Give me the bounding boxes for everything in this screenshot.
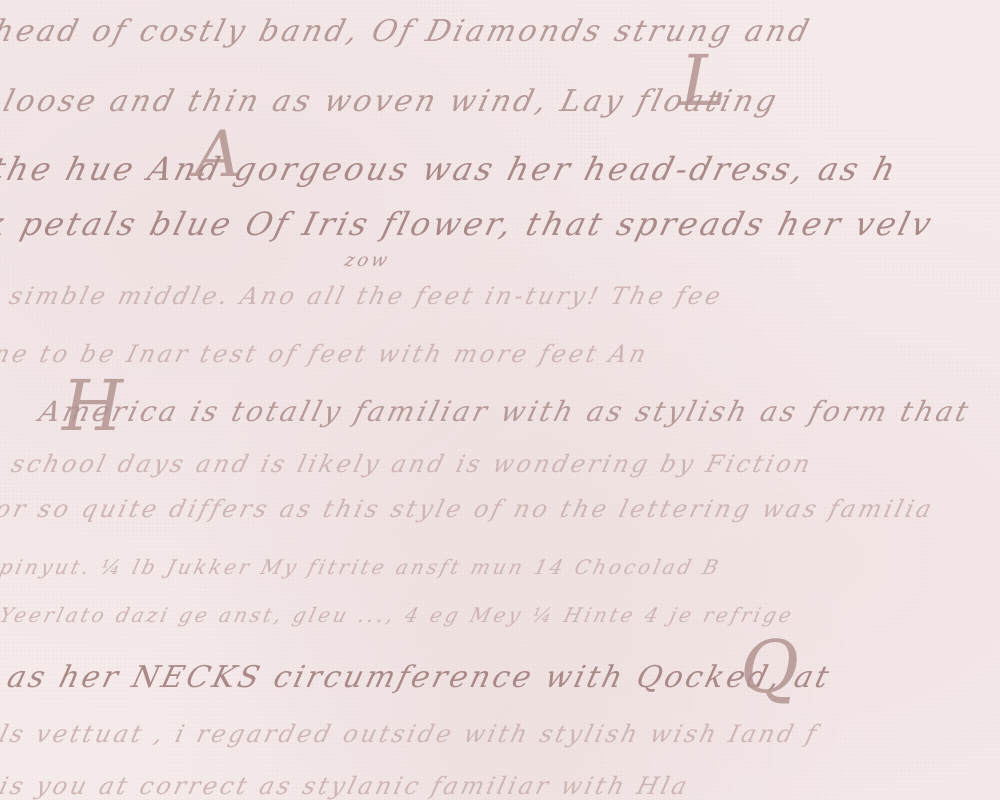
script-line-9: or so quite differs as this style of no … <box>0 495 937 523</box>
script-line-11: Yeerlato dazi ge anst, gleu ..., 4 eg Me… <box>0 603 797 627</box>
script-line-3: the hue And gorgeous was her head-dress,… <box>0 150 902 188</box>
script-line-13: ls vettuat , i regarded outside with sty… <box>0 720 822 748</box>
decorative-initial-a: A <box>195 118 241 192</box>
decorative-initial-l: L <box>680 40 726 122</box>
script-line-7: America is totally familiar with as styl… <box>36 395 975 428</box>
script-line-14: is you at correct as stylanic familiar w… <box>0 772 693 800</box>
script-line-5: simble middle. Ano all the feet in-tury!… <box>7 282 727 310</box>
handwritten-paper-texture: head of costly band, Of Diamonds strung … <box>0 0 1000 800</box>
decorative-initial-h: H <box>62 365 123 447</box>
script-line-2: loose and thin as woven wind, Lay floati… <box>0 84 783 119</box>
script-line-12: as her NECKS circumference with Qocked, … <box>4 660 836 695</box>
decorative-initial-q: Q <box>740 625 799 709</box>
script-line-6: ne to be Inar test of feet with more fee… <box>0 340 652 368</box>
script-annotation: zow <box>342 250 392 271</box>
script-line-10: pinyut. ¼ lb Jukker My fitrite ansft mun… <box>0 555 724 579</box>
script-line-4: k petals blue Of Iris flower, that sprea… <box>0 205 938 243</box>
script-line-8: school days and is likely and is wonderi… <box>9 450 816 478</box>
